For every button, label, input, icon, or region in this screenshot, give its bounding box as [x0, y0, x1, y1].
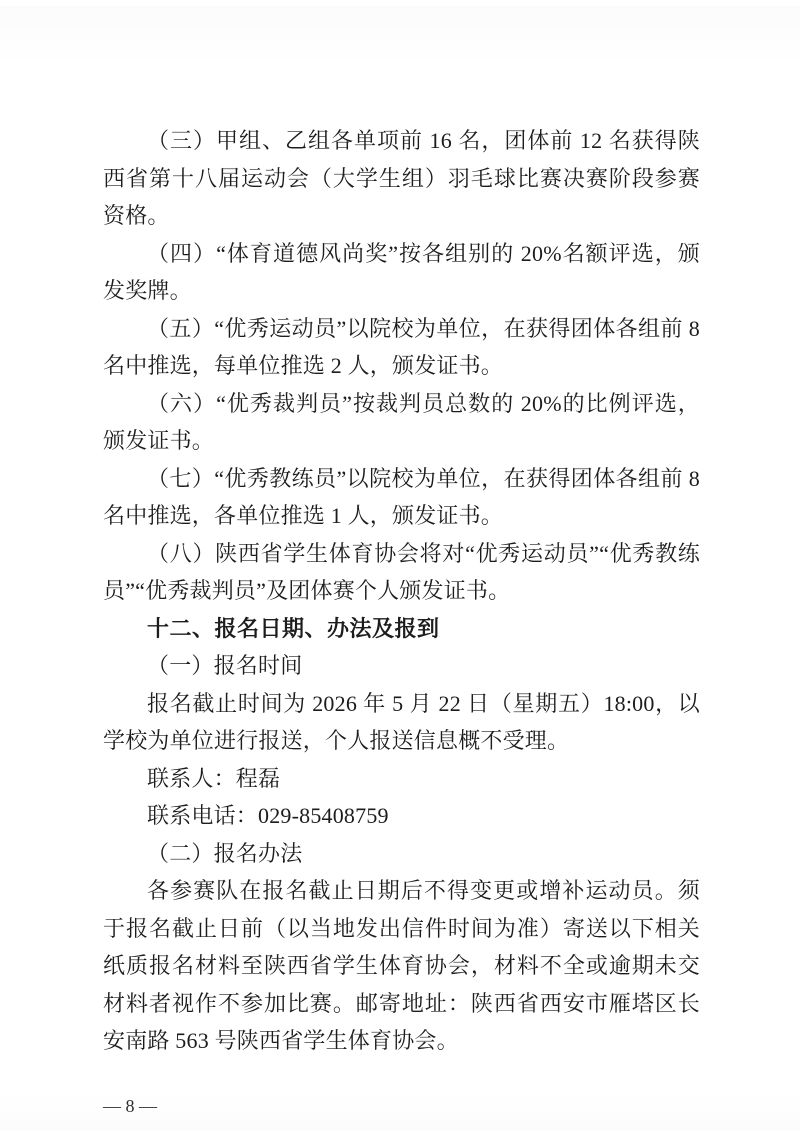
- paragraph-reg-method-label: （二）报名办法: [103, 835, 700, 873]
- paragraph-contact-person: 联系人：程磊: [103, 760, 700, 798]
- paragraph-item-7: （七）“优秀教练员”以院校为单位，在获得团体各组前 8 名中推选，各单位推选 1…: [103, 460, 700, 535]
- paragraph-item-5: （五）“优秀运动员”以院校为单位，在获得团体各组前 8 名中推选，每单位推选 2…: [103, 310, 700, 385]
- document-body: （三）甲组、乙组各单项前 16 名，团体前 12 名获得陕西省第十八届运动会（大…: [103, 122, 700, 1060]
- paragraph-item-4: （四）“体育道德风尚奖”按各组别的 20%名额评选，颁发奖牌。: [103, 235, 700, 310]
- section-heading-registration: 十二、报名日期、办法及报到: [103, 610, 700, 648]
- paragraph-reg-method: 各参赛队在报名截止日期后不得变更或增补运动员。须于报名截止日前（以当地发出信件时…: [103, 872, 700, 1060]
- document-page: （三）甲组、乙组各单项前 16 名，团体前 12 名获得陕西省第十八届运动会（大…: [0, 0, 800, 1131]
- paragraph-contact-phone: 联系电话：029-85408759: [103, 797, 700, 835]
- page-number: — 8 —: [103, 1094, 700, 1118]
- paragraph-item-8: （八）陕西省学生体育协会将对“优秀运动员”“优秀教练员”“优秀裁判员”及团体赛个…: [103, 535, 700, 610]
- scan-artifact-top: [0, 6, 800, 66]
- paragraph-reg-time-label: （一）报名时间: [103, 647, 700, 685]
- paragraph-reg-deadline: 报名截止时间为 2026 年 5 月 22 日（星期五）18:00，以学校为单位…: [103, 685, 700, 760]
- paragraph-item-3: （三）甲组、乙组各单项前 16 名，团体前 12 名获得陕西省第十八届运动会（大…: [103, 122, 700, 235]
- paragraph-item-6: （六）“优秀裁判员”按裁判员总数的 20%的比例评选，颁发证书。: [103, 385, 700, 460]
